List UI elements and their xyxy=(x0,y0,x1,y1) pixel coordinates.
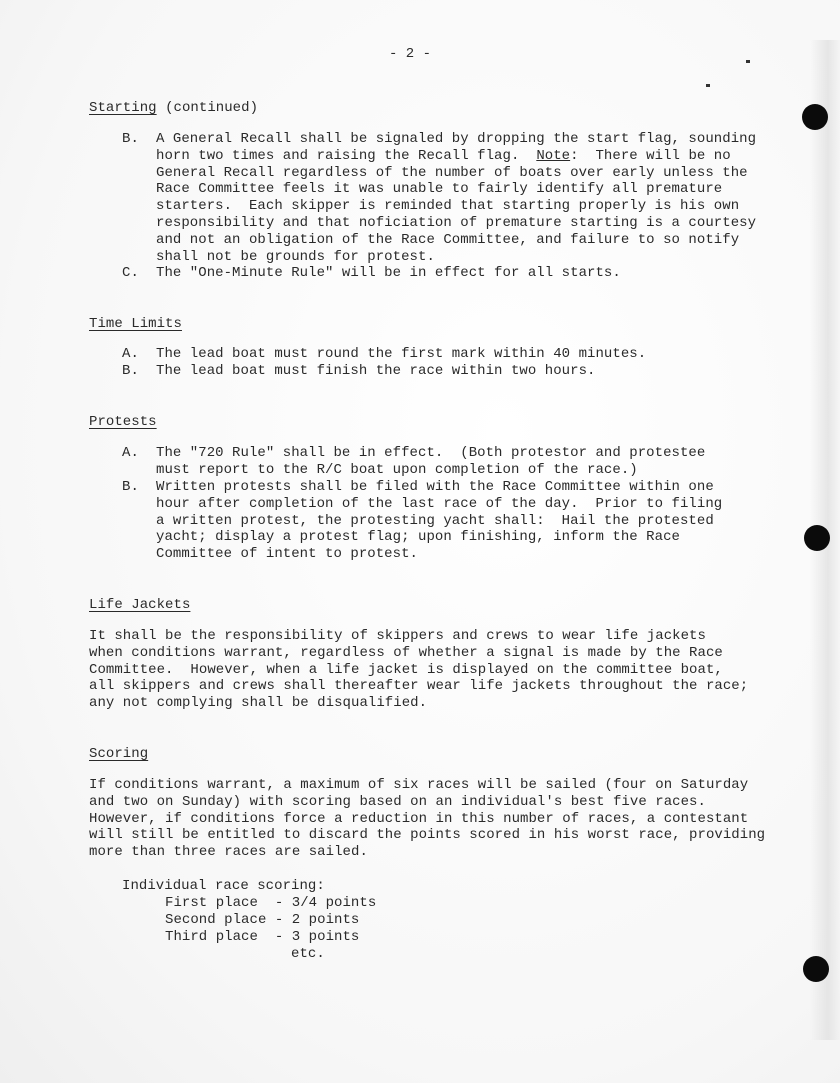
points: - 2 points xyxy=(275,912,360,928)
heading-text: Starting xyxy=(89,100,157,116)
section-starting-heading: Starting (continued) xyxy=(89,100,258,117)
heading-suffix: (continued) xyxy=(157,100,258,116)
stray-mark xyxy=(706,84,710,87)
scoring-etc: etc. xyxy=(291,946,325,963)
protests-item-a-text: The "720 Rule" shall be in effect. (Both… xyxy=(156,445,705,479)
place: Second place xyxy=(165,912,266,928)
time-limits-item-a-label: A. xyxy=(122,346,139,363)
scoring-table-title: Individual race scoring: xyxy=(122,878,325,895)
page-number: - 2 - xyxy=(0,46,820,62)
section-protests-heading: Protests xyxy=(89,414,157,431)
protests-item-b-text: Written protests shall be filed with the… xyxy=(156,479,722,563)
scoring-row-third-place: Third place - 3 points xyxy=(165,929,359,946)
item-label: B. xyxy=(122,131,155,148)
section-scoring-heading: Scoring xyxy=(89,746,148,763)
section-time-limits-heading: Time Limits xyxy=(89,316,182,333)
protests-item-a-label: A. xyxy=(122,445,139,462)
points: - 3/4 points xyxy=(275,895,376,911)
life-jackets-body: It shall be the responsibility of skippe… xyxy=(89,628,748,712)
time-limits-item-b-text: The lead boat must finish the race withi… xyxy=(156,363,595,380)
punch-hole-bottom xyxy=(803,956,829,982)
starting-item-c-text: The "One-Minute Rule" will be in effect … xyxy=(156,265,621,282)
starting-item-c-label: C. xyxy=(122,265,139,282)
document-page: - 2 - Starting (continued) B. A General … xyxy=(0,0,840,1083)
place: First place xyxy=(165,895,266,911)
time-limits-item-a-text: The lead boat must round the first mark … xyxy=(156,346,646,363)
item-text-continued: : There will be no General Recall regard… xyxy=(156,148,756,265)
starting-item-b: B. xyxy=(122,131,155,148)
scoring-row-first-place: First place - 3/4 points xyxy=(165,895,376,912)
starting-item-b-text: A General Recall shall be signaled by dr… xyxy=(156,131,756,265)
place: Third place xyxy=(165,929,266,945)
section-life-jackets-heading: Life Jackets xyxy=(89,597,190,614)
protests-item-b-label: B. xyxy=(122,479,139,496)
note-label: Note xyxy=(536,148,570,164)
punch-hole-middle xyxy=(804,525,830,551)
scoring-body: If conditions warrant, a maximum of six … xyxy=(89,777,765,861)
punch-hole-top xyxy=(802,104,828,130)
points: - 3 points xyxy=(275,929,360,945)
scoring-row-second-place: Second place - 2 points xyxy=(165,912,359,929)
time-limits-item-b-label: B. xyxy=(122,363,139,380)
